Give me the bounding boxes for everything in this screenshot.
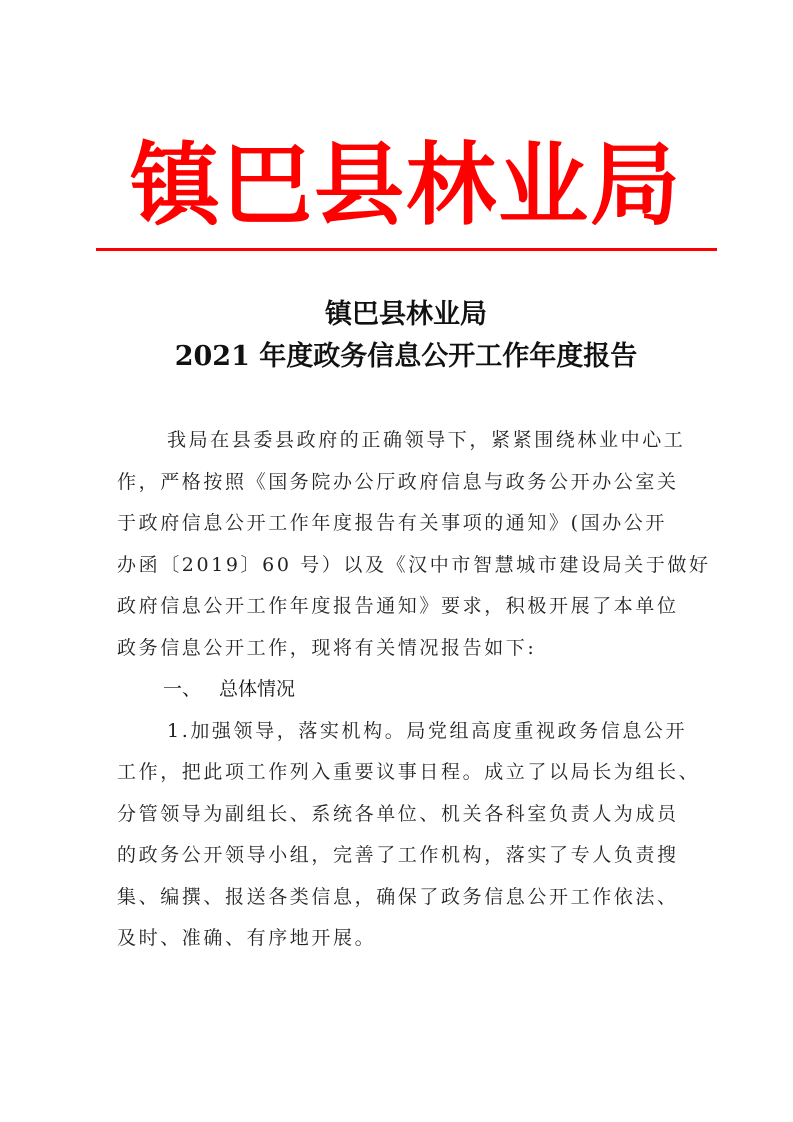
intro-line: 政务信息公开工作，现将有关情况报告如下:	[117, 628, 677, 670]
section-number: 一、	[163, 678, 201, 700]
red-divider-line	[96, 248, 717, 251]
item-line: 工作，把此项工作列入重要议事日程。成立了以局长为组长、	[117, 752, 677, 794]
intro-line: 作，严格按照《国务院办公厅政府信息与政务公开办公室关	[117, 462, 677, 504]
section-heading-overview: 一、总体情况	[117, 669, 677, 711]
item-line: 的政务公开领导小组，完善了工作机构，落实了专人负责搜	[117, 835, 677, 877]
document-title-line-2: 2021 年度政务信息公开工作年度报告	[96, 339, 716, 375]
item-line: 分管领导为副组长、系统各单位、机关各科室负责人为成员	[117, 794, 677, 836]
item-line: 及时、准确、有序地开展。	[117, 918, 677, 960]
section-title: 总体情况	[219, 678, 295, 700]
document-page: 镇巴县林业局 镇巴县林业局 2021 年度政务信息公开工作年度报告 我局在县委县…	[0, 0, 793, 1122]
intro-line: 于政府信息公开工作年度报告有关事项的通知》(国办公开	[117, 503, 677, 545]
report-body: 我局在县委县政府的正确领导下，紧紧围绕林业中心工 作，严格按照《国务院办公厅政府…	[117, 420, 677, 960]
item-line: 1.加强领导，落实机构。局党组高度重视政务信息公开	[117, 711, 677, 753]
document-title-line-1: 镇巴县林业局	[96, 297, 716, 333]
masthead-title: 镇巴县林业局	[130, 136, 682, 236]
intro-line: 我局在县委县政府的正确领导下，紧紧围绕林业中心工	[117, 420, 677, 462]
intro-line: 政府信息公开工作年度报告通知》要求，积极开展了本单位	[117, 586, 677, 628]
masthead: 镇巴县林业局	[96, 136, 716, 236]
intro-line: 办函〔2019〕60 号）以及《汉中市智慧城市建设局关于做好	[117, 545, 677, 587]
item-line: 集、编撰、报送各类信息，确保了政务信息公开工作依法、	[117, 877, 677, 919]
